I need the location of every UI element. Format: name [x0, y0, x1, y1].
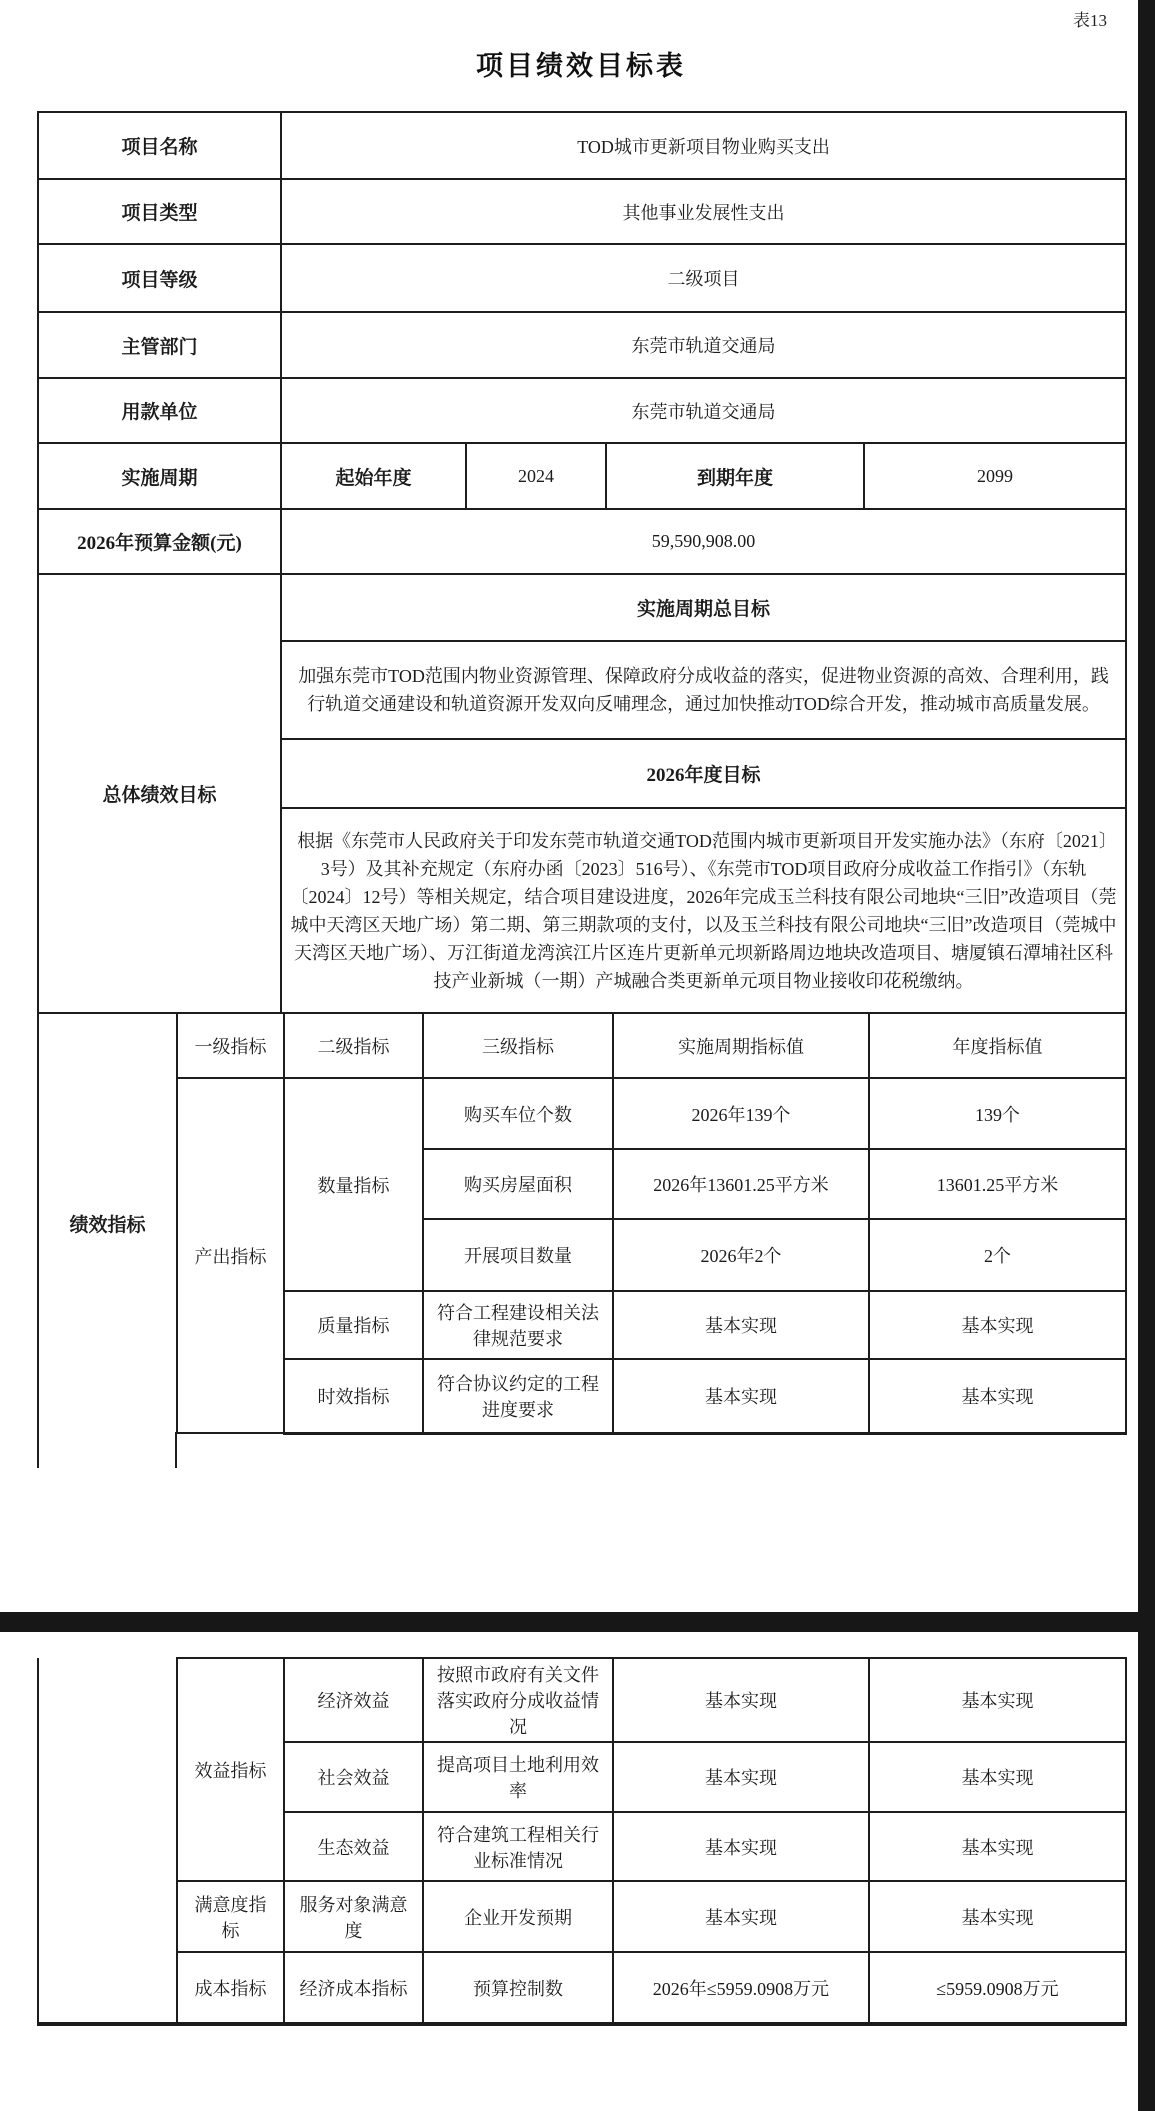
indicator-period-value: 2026年2个	[613, 1219, 869, 1291]
quality-indicator-label: 质量指标	[284, 1291, 423, 1359]
economic-cost-indicator-label: 经济成本指标	[284, 1952, 423, 2024]
table-row: 项目类型 其他事业发展性支出	[38, 179, 1126, 244]
indicator-level3: 符合协议约定的工程进度要求	[423, 1359, 613, 1433]
table-row: 产出指标 数量指标 购买车位个数 2026年139个 139个	[38, 1078, 1126, 1149]
indicator-annual-value: 基本实现	[869, 1812, 1126, 1881]
funding-unit-label: 用款单位	[38, 378, 281, 443]
quantity-indicator-label: 数量指标	[284, 1078, 423, 1291]
authority-label: 主管部门	[38, 312, 281, 378]
indicator-annual-value: 基本实现	[869, 1658, 1126, 1742]
indicator-period-value: 2026年13601.25平方米	[613, 1149, 869, 1219]
indicator-level3: 按照市政府有关文件落实政府分成收益情况	[423, 1658, 613, 1742]
indicator-period-value: 基本实现	[613, 1742, 869, 1812]
table-row: 用款单位 东莞市轨道交通局	[38, 378, 1126, 443]
document-page: 表13 项目绩效目标表 项目名称 TOD城市更新项目物业购买支出 项目类型 其他…	[0, 0, 1155, 2111]
budget-value: 59,590,908.00	[281, 509, 1126, 574]
timeliness-indicator-label: 时效指标	[284, 1359, 423, 1433]
table-row: 效益指标 经济效益 按照市政府有关文件落实政府分成收益情况 基本实现 基本实现	[38, 1658, 1126, 1742]
right-edge-strip	[1138, 0, 1155, 2111]
benefit-indicator-label: 效益指标	[177, 1658, 284, 1881]
indicator-level3: 企业开发预期	[423, 1881, 613, 1952]
project-name-value: TOD城市更新项目物业购买支出	[281, 112, 1126, 179]
column-header-period-value: 实施周期指标值	[613, 1013, 869, 1078]
authority-value: 东莞市轨道交通局	[281, 312, 1126, 378]
column-header-annual-value: 年度指标值	[869, 1013, 1126, 1078]
performance-section-label: 绩效指标	[38, 1013, 177, 1433]
indicator-period-value: 2026年≤5959.0908万元	[613, 1952, 869, 2024]
table-row: 成本指标 经济成本指标 预算控制数 2026年≤5959.0908万元 ≤595…	[38, 1952, 1126, 2024]
indicator-period-value: 基本实现	[613, 1291, 869, 1359]
funding-unit-value: 东莞市轨道交通局	[281, 378, 1126, 443]
project-level-label: 项目等级	[38, 244, 281, 312]
ecological-benefit-label: 生态效益	[284, 1812, 423, 1881]
project-name-label: 项目名称	[38, 112, 281, 179]
output-indicator-label: 产出指标	[177, 1078, 284, 1433]
period-goal-text: 加强东莞市TOD范围内物业资源管理、保障政府分成收益的落实，促进物业资源的高效、…	[281, 641, 1126, 739]
indicator-period-value: 基本实现	[613, 1812, 869, 1881]
indicators-table-page1: 绩效指标 一级指标 二级指标 三级指标 实施周期指标值 年度指标值 产出指标 数…	[37, 1012, 1127, 1435]
annual-goal-title: 2026年度目标	[281, 739, 1126, 808]
indicator-level3: 提高项目土地利用效率	[423, 1742, 613, 1812]
project-level-value: 二级项目	[281, 244, 1126, 312]
table-continuation-line	[37, 1432, 39, 1468]
table-number-label: 表13	[1073, 6, 1107, 31]
indicator-annual-value: 基本实现	[869, 1359, 1126, 1433]
column-header-level2: 二级指标	[284, 1013, 423, 1078]
cost-indicator-label: 成本指标	[177, 1952, 284, 2024]
column-header-level1: 一级指标	[177, 1013, 284, 1078]
project-type-label: 项目类型	[38, 179, 281, 244]
service-target-satisfaction-label: 服务对象满意度	[284, 1881, 423, 1952]
period-goal-title: 实施周期总目标	[281, 574, 1126, 641]
table-row: 主管部门 东莞市轨道交通局	[38, 312, 1126, 378]
indicator-annual-value: 基本实现	[869, 1881, 1126, 1952]
budget-label: 2026年预算金额(元)	[38, 509, 281, 574]
indicator-period-value: 2026年139个	[613, 1078, 869, 1149]
start-year-label: 起始年度	[281, 443, 466, 509]
table-row: 绩效指标 一级指标 二级指标 三级指标 实施周期指标值 年度指标值	[38, 1013, 1126, 1078]
indicators-table-page2: 效益指标 经济效益 按照市政府有关文件落实政府分成收益情况 基本实现 基本实现 …	[37, 1657, 1127, 2026]
annual-goal-text: 根据《东莞市人民政府关于印发东莞市轨道交通TOD范围内城市更新项目开发实施办法》…	[281, 808, 1126, 1013]
start-year-value: 2024	[466, 443, 606, 509]
table-row: 2026年预算金额(元) 59,590,908.00	[38, 509, 1126, 574]
indicator-annual-value: 2个	[869, 1219, 1126, 1291]
social-benefit-label: 社会效益	[284, 1742, 423, 1812]
indicator-annual-value: 139个	[869, 1078, 1126, 1149]
overall-goal-label: 总体绩效目标	[38, 574, 281, 1013]
indicator-annual-value: ≤5959.0908万元	[869, 1952, 1126, 2024]
page-break-separator	[0, 1612, 1155, 1632]
indicator-level3: 购买车位个数	[423, 1078, 613, 1149]
end-year-label: 到期年度	[606, 443, 864, 509]
indicator-level3: 符合工程建设相关法律规范要求	[423, 1291, 613, 1359]
satisfaction-indicator-label: 满意度指标	[177, 1881, 284, 1952]
project-info-table: 项目名称 TOD城市更新项目物业购买支出 项目类型 其他事业发展性支出 项目等级…	[37, 111, 1127, 1014]
table-row: 项目等级 二级项目	[38, 244, 1126, 312]
indicator-annual-value: 13601.25平方米	[869, 1149, 1126, 1219]
performance-section-continuation	[38, 1658, 177, 2024]
indicator-level3: 购买房屋面积	[423, 1149, 613, 1219]
project-type-value: 其他事业发展性支出	[281, 179, 1126, 244]
column-header-level3: 三级指标	[423, 1013, 613, 1078]
indicator-period-value: 基本实现	[613, 1881, 869, 1952]
table-row: 实施周期 起始年度 2024 到期年度 2099	[38, 443, 1126, 509]
end-year-value: 2099	[864, 443, 1126, 509]
indicator-level3: 符合建筑工程相关行业标准情况	[423, 1812, 613, 1881]
table-row: 项目名称 TOD城市更新项目物业购买支出	[38, 112, 1126, 179]
indicator-period-value: 基本实现	[613, 1359, 869, 1433]
indicator-annual-value: 基本实现	[869, 1742, 1126, 1812]
page-title: 项目绩效目标表	[37, 44, 1125, 83]
table-row: 总体绩效目标 实施周期总目标	[38, 574, 1126, 641]
table-row: 满意度指标 服务对象满意度 企业开发预期 基本实现 基本实现	[38, 1881, 1126, 1952]
indicator-annual-value: 基本实现	[869, 1291, 1126, 1359]
indicator-level3: 开展项目数量	[423, 1219, 613, 1291]
table-continuation-line	[175, 1432, 177, 1468]
period-label: 实施周期	[38, 443, 281, 509]
indicator-period-value: 基本实现	[613, 1658, 869, 1742]
economic-benefit-label: 经济效益	[284, 1658, 423, 1742]
indicator-level3: 预算控制数	[423, 1952, 613, 2024]
